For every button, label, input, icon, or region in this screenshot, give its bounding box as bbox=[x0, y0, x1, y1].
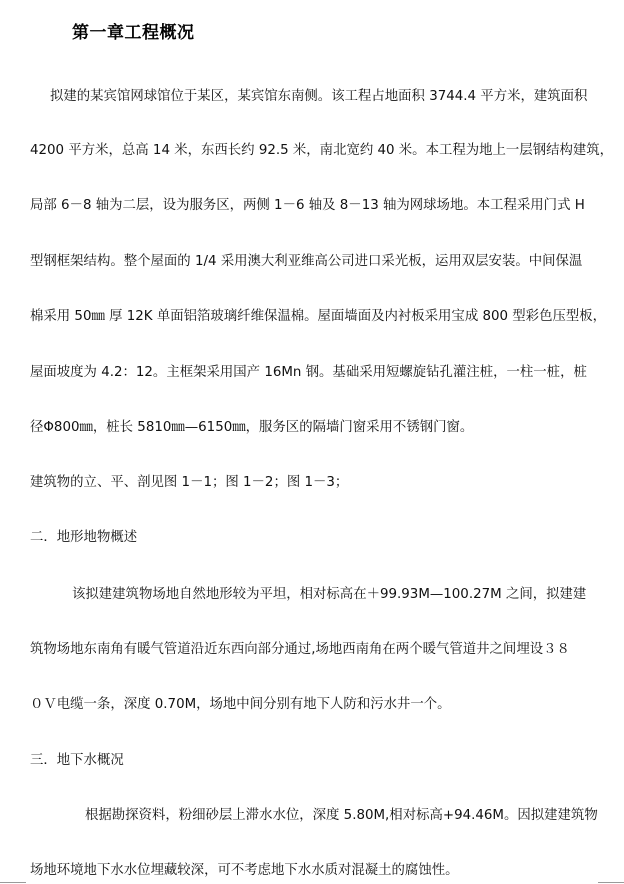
overview-line-6: 屋面坡度为 4.2：12。主框架采用国产 16Mn 钢。基础采用短螺旋钻孔灌注桩… bbox=[30, 364, 587, 382]
overview-line-3: 局部 6－8 轴为二层，设为服务区，两侧 1－6 轴及 8－13 轴为网球场地。… bbox=[30, 197, 585, 215]
overview-line-2: 4200 平方米，总高 14 米，东西长约 92.5 米，南北宽约 40 米。本… bbox=[30, 142, 613, 160]
groundwater-line-2: 场地环境地下水水位埋藏较深，可不考虑地下水水质对混凝土的腐蚀性。 bbox=[30, 862, 459, 880]
overview-line-7: 径Φ800㎜，桩长 5810㎜—6150㎜，服务区的隔墙门窗采用不锈钢门窗。 bbox=[30, 419, 473, 437]
page-corner-mark-right bbox=[598, 882, 624, 883]
document-page: 第一章工程概况 拟建的某宾馆网球馆位于某区，某宾馆东南侧。该工程占地面积 374… bbox=[0, 0, 624, 884]
overview-line-4: 型钢框架结构。整个屋面的 1/4 采用澳大利亚维高公司进口采光板，运用双层安装。… bbox=[30, 253, 582, 271]
page-corner-mark-left bbox=[0, 882, 26, 883]
figure-reference: 建筑物的立、平、剖见图 1－1；图 1－2；图 1－3； bbox=[30, 474, 348, 492]
terrain-line-1: 该拟建建筑物场地自然地形较为平坦，相对标高在＋99.93M—100.27M 之间… bbox=[72, 586, 586, 604]
terrain-line-2: 筑物场地东南角有暖气管道沿近东西向部分通过,场地西南角在两个暖气管道井之间埋设３… bbox=[30, 641, 570, 659]
section-heading-terrain: 二．地形地物概述 bbox=[30, 529, 137, 547]
overview-line-1: 拟建的某宾馆网球馆位于某区，某宾馆东南侧。该工程占地面积 3744.4 平方米，… bbox=[50, 88, 587, 106]
chapter-title: 第一章工程概况 bbox=[72, 18, 195, 43]
terrain-line-3: ０Ｖ电缆一条，深度 0.70M，场地中间分别有地下人防和污水井一个。 bbox=[30, 696, 451, 714]
groundwater-line-1: 根据勘探资料，粉细砂层上滞水水位，深度 5.80M,相对标高+94.46M。因拟… bbox=[85, 807, 598, 825]
section-heading-groundwater: 三．地下水概况 bbox=[30, 752, 124, 770]
overview-line-5: 棉采用 50㎜ 厚 12K 单面铝箔玻璃纤维保温棉。屋面墙面及内衬板采用宝成 8… bbox=[30, 308, 606, 326]
